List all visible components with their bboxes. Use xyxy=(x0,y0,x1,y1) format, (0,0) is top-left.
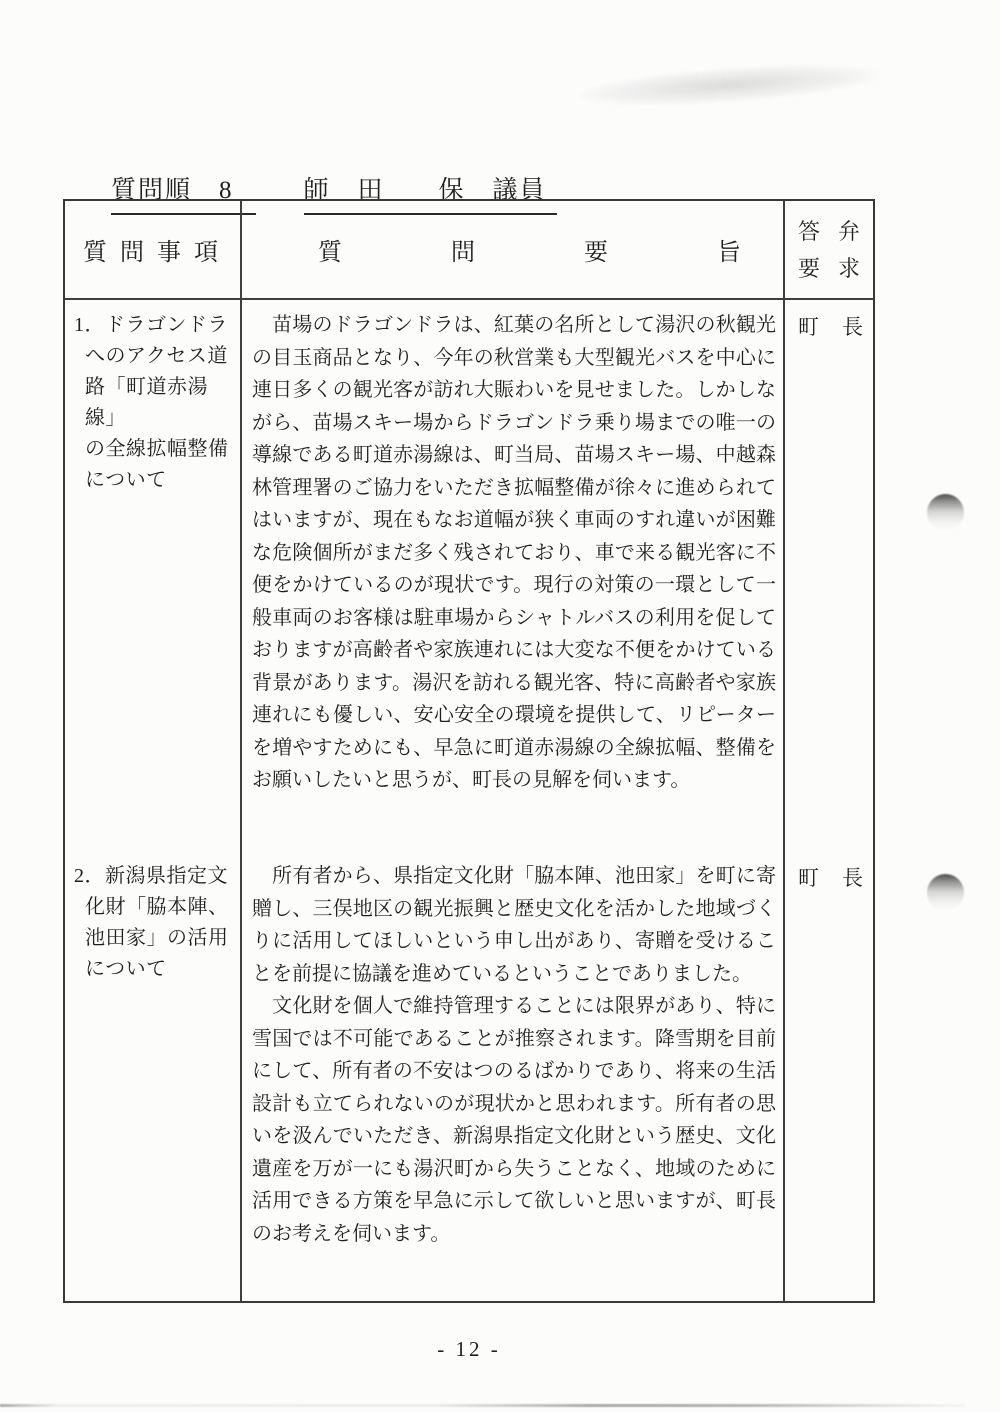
scan-smudge-artifact xyxy=(579,58,881,113)
question-summary-header-label: 質問要旨 xyxy=(242,232,783,267)
column-header-question-item: 質問事項 xyxy=(65,201,242,300)
row1-respondent: 町 長 xyxy=(783,300,873,851)
column-header-question-summary: 質問要旨 xyxy=(242,201,783,300)
row1-item-line: へのアクセス道 xyxy=(74,341,236,372)
answer-request-header-line2: 要求 xyxy=(785,250,873,287)
scanned-document-page: 質問順 8師 田 保 議員 質問事項 質問要旨 答弁 要求 1．ドラゴンドラ へ… xyxy=(0,0,1000,1412)
question-table: 質問事項 質問要旨 答弁 要求 1．ドラゴンドラ へのアクセス道 路「町道赤湯線… xyxy=(63,199,875,1303)
punch-hole-shadow-bottom xyxy=(927,874,964,911)
row2-question-item: 2．新潟県指定文 化財「脇本陣、 池田家」の活用 について xyxy=(65,851,242,1301)
answer-request-header-line1: 答弁 xyxy=(785,213,873,250)
row2-item-line: について xyxy=(74,954,236,985)
row1-item-line: の全線拡幅整備 xyxy=(74,434,236,465)
row2-respondent: 町 長 xyxy=(783,851,873,1301)
row2-question-summary: 所有者から、県指定文化財「脇本陣、池田家」を町に寄贈し、三俣地区の観光振興と歴史… xyxy=(242,851,783,1301)
row1-item-line: 1．ドラゴンドラ xyxy=(74,310,236,341)
row1-question-item: 1．ドラゴンドラ へのアクセス道 路「町道赤湯線」 の全線拡幅整備 について xyxy=(65,300,242,851)
row2-item-line: 化財「脇本陣、 xyxy=(74,892,236,923)
row1-item-line: 路「町道赤湯線」 xyxy=(74,372,236,434)
scan-edge-artifact xyxy=(0,1404,965,1407)
column-header-answer-request: 答弁 要求 xyxy=(783,201,873,300)
row2-item-line: 2．新潟県指定文 xyxy=(74,861,236,892)
page-number: - 12 - xyxy=(63,1337,875,1362)
question-item-header-label: 質問事項 xyxy=(65,232,240,267)
row1-item-line: について xyxy=(74,465,236,496)
punch-hole-shadow-top xyxy=(927,494,964,531)
row1-question-summary: 苗場のドラゴンドラは、紅葉の名所として湯沢の秋観光の目玉商品となり、今年の秋営業… xyxy=(242,300,783,851)
row2-item-line: 池田家」の活用 xyxy=(74,923,236,954)
